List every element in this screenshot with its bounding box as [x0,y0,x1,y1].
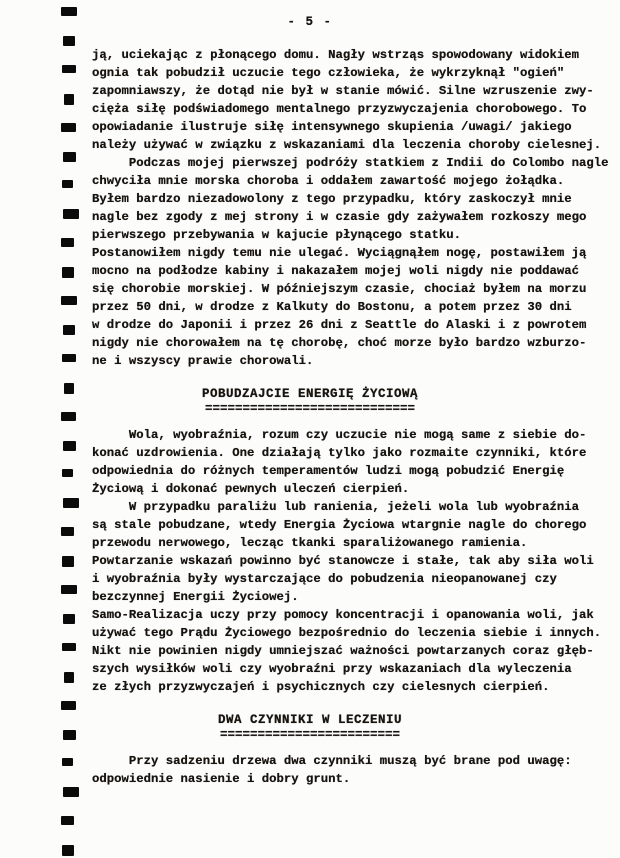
page-number: - 5 - [0,14,620,30]
section-heading-underline: ============================ [0,403,620,416]
text-line: Wola, wyobraźnia, rozum czy uczucie nie … [0,426,620,444]
text-line: przez 50 dni, w drodze z Kalkuty do Bost… [0,298,620,316]
text-line: chwyciła mnie morska choroba i oddałem z… [0,172,620,190]
text-line: należy używać w związku z wskazaniami dl… [0,136,620,154]
text-line: Życiową i dokonać pewnych uleczeń cierpi… [0,480,620,498]
text-line: konać uzdrowienia. One działają tylko ja… [0,444,620,462]
section-heading: DWA CZYNNIKI W LECZENIU [0,712,620,728]
text-line: mocno na podłodze kabiny i nakazałem moj… [0,262,620,280]
scan-mark [63,787,79,797]
paragraph: Przy sadzeniu drzewa dwa czynniki muszą … [0,752,620,788]
text-line: W przypadku paraliżu lub ranienia, jeżel… [0,498,620,516]
text-line: nigdy nie chorowałem na tę chorobę, choć… [0,334,620,352]
document-page: - 5 - ją, uciekając z płonącego domu. Na… [0,0,620,858]
text-line: w drodze do Japonii i przez 26 dni z Sea… [0,316,620,334]
text-line: Przy sadzeniu drzewa dwa czynniki muszą … [0,752,620,770]
text-line: się chorobie morskiej. W późniejszym cza… [0,280,620,298]
text-line: Samo-Realizacja uczy przy pomocy koncent… [0,606,620,624]
text-line: pierwszego przebywania w kajucie płynące… [0,226,620,244]
text-line: Postanowiłem nigdy temu nie ulegać. Wyci… [0,244,620,262]
text-line: ognia tak pobudził uczucie tego człowiek… [0,64,620,82]
document-body: ją, uciekając z płonącego domu. Nagły ws… [0,46,620,788]
text-line: używać tego Prądu Życiowego bezpośrednio… [0,624,620,642]
section-heading-underline: ======================== [0,729,620,742]
text-line: i wyobraźnia były wystarczające do pobud… [0,570,620,588]
text-line: Byłem bardzo niezadowolony z tego przypa… [0,190,620,208]
text-line: zapomniawszy, że dotąd nie był w stanie … [0,82,620,100]
text-line: opowiadanie ilustruje siłę intensywnego … [0,118,620,136]
text-line: Powtarzanie wskazań powinno być stanowcz… [0,552,620,570]
text-line: ne i wszyscy prawie chorowali. [0,352,620,370]
paragraph: ją, uciekając z płonącego domu. Nagły ws… [0,46,620,370]
text-line: nagle bez zgody z mej strony i w czasie … [0,208,620,226]
section-heading: POBUDZAJCIE ENERGIĘ ŻYCIOWĄ [0,386,620,402]
text-line: ze złych przyzwyczajeń i psychicznych cz… [0,678,620,696]
text-line: Podczas mojej pierwszej podróży statkiem… [0,154,620,172]
paragraph: Wola, wyobraźnia, rozum czy uczucie nie … [0,426,620,696]
scan-mark [61,816,74,825]
text-line: bezczynnej Energii Życiowej. [0,588,620,606]
text-line: są stale pobudzane, wtedy Energia Życiow… [0,516,620,534]
text-line: ją, uciekając z płonącego domu. Nagły ws… [0,46,620,64]
text-line: Nikt nie powinien nigdy umniejszać ważno… [0,642,620,660]
scan-mark [63,36,75,46]
text-line: cięża siłę podświadomego mentalnego przy… [0,100,620,118]
text-line: przewodu nerwowego, lecząc tkanki sparal… [0,534,620,552]
text-line: szych wysiłków woli czy wyobraźni przy w… [0,660,620,678]
text-line: odpowiednia do różnych temperamentów lud… [0,462,620,480]
text-line: odpowiednie nasienie i dobry grunt. [0,770,620,788]
scan-mark [62,845,74,856]
